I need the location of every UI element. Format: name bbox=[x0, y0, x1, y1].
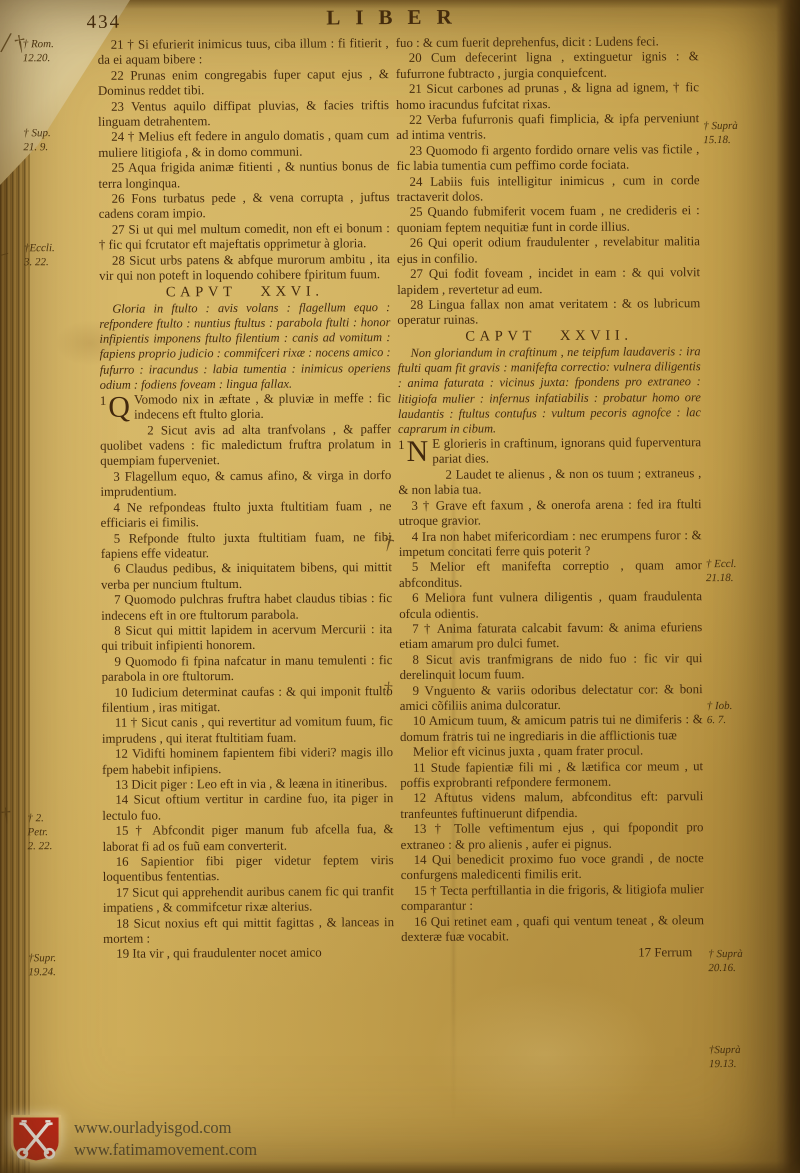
verse-paragraph: 17 Sicut qui apprehendit auribus canem f… bbox=[103, 884, 394, 917]
verse-paragraph: 26 Fons turbatus pede , & vena corrupta … bbox=[99, 190, 390, 223]
crossed-keys-shield-icon bbox=[8, 1113, 64, 1165]
catchword: 17 Ferrum bbox=[401, 946, 704, 963]
verse-paragraph: 25 Aqua frigida animæ fitienti , & nunti… bbox=[98, 159, 389, 192]
margin-note: †Eccli. 3. 22. bbox=[24, 242, 98, 270]
verse-paragraph: 1QVomodo nix in æftate , & pluviæ in mef… bbox=[100, 391, 391, 424]
verse-paragraph: 23 Ventus aquilo diffipat pluvias, & fac… bbox=[98, 98, 389, 131]
watermark-text: www.ourladyisgod.com www.fatimamovement.… bbox=[74, 1117, 257, 1161]
margin-note: † Suprà 15.18. bbox=[703, 120, 777, 148]
verse-paragraph: 15 † Abfcondit piger manum fub afcella f… bbox=[102, 822, 393, 855]
verse-paragraph: 8 Sicut qui mittit lapidem in acervum Me… bbox=[101, 622, 392, 655]
verse-paragraph: 27 Qui fodit foveam , incidet in eam : &… bbox=[397, 265, 700, 298]
verse-paragraph: 24 † Melius eft federe in angulo domatis… bbox=[98, 128, 389, 161]
verse-paragraph: 9 Vnguento & variis odoribus delectatur … bbox=[400, 682, 703, 715]
verse-paragraph: 24 Labiis fuis intelligitur inimicus , c… bbox=[396, 173, 699, 206]
verse-paragraph: 16 Qui retinet eam , quafi qui ventum te… bbox=[401, 913, 704, 946]
verse-paragraph: 28 Sicut urbs patens & abfque murorum am… bbox=[99, 252, 390, 285]
running-title: LIBER bbox=[56, 3, 736, 32]
verse-paragraph: 14 Qui benedicit proximo fuo voce grandi… bbox=[401, 851, 704, 884]
chapter-heading: CAPVT XXVI. bbox=[99, 284, 390, 301]
verse-paragraph: 27 Si ut qui mel multum comedit, non eft… bbox=[99, 221, 390, 254]
verse-paragraph: 16 Sapientior fibi piger videtur feptem … bbox=[103, 853, 394, 886]
verse-paragraph: 22 Prunas enim congregabis fuper caput e… bbox=[98, 67, 389, 100]
verse-paragraph: 6 Meliora funt vulnera diligentis , quam… bbox=[399, 589, 702, 622]
verse-paragraph: 10 Amicum tuum, & amicum patris tui ne d… bbox=[400, 713, 703, 746]
margin-note: † 2. Petr. 2. 22. bbox=[27, 812, 101, 854]
verse-paragraph: 4 Ne refpondeas ftulto juxta ftultitiam … bbox=[100, 499, 391, 532]
verse-paragraph: 5 Refponde ftulto juxta ftultitiam fuam,… bbox=[101, 530, 392, 563]
watermark-line1: www.ourladyisgod.com bbox=[74, 1117, 257, 1139]
verse-paragraph: 28 Lingua fallax non amat veritatem : & … bbox=[397, 296, 700, 329]
left-text-column: 21 † Si efurierit inimicus tuus, ciba il… bbox=[98, 36, 396, 1120]
margin-note: † Eccl. 21.18. bbox=[706, 558, 780, 586]
verse-paragraph: 11 † Sicut canis , qui revertitur ad vom… bbox=[102, 714, 393, 747]
drop-cap: 1N bbox=[398, 438, 428, 468]
watermark-line2: www.fatimamovement.com bbox=[74, 1139, 257, 1161]
watermark: www.ourladyisgod.com www.fatimamovement.… bbox=[8, 1113, 257, 1165]
page-content: 434 LIBER 21 † Si efurierit inimicus tuu… bbox=[0, 0, 800, 1173]
verse-paragraph: 14 Sicut oftium vertitur in cardine fuo,… bbox=[102, 791, 393, 824]
verse-paragraph: 5 Melior eft manifefta correptio , quam … bbox=[399, 558, 702, 591]
verse-paragraph: 12 Aftutus videns malum, abfconditus eft… bbox=[400, 790, 703, 823]
verse-paragraph: 2 Sicut avis ad alta tranfvolans , & paf… bbox=[100, 422, 391, 470]
margin-note: †Supr. 19.24. bbox=[28, 952, 102, 980]
verse-paragraph: 21 † Si efurierit inimicus tuus, ciba il… bbox=[98, 36, 389, 69]
book-page-scan: 434 LIBER 21 † Si efurierit inimicus tuu… bbox=[0, 0, 800, 1173]
margin-note: † Suprà 20.16. bbox=[708, 948, 782, 976]
verse-paragraph: 7 † Anima faturata calcabit favum: & ani… bbox=[399, 620, 702, 653]
verse-paragraph: 10 Iudicium determinat caufas : & qui im… bbox=[102, 684, 393, 717]
verse-paragraph: 22 Verba fufurronis quafi fimplicia, & i… bbox=[396, 111, 699, 144]
chapter-heading: CAPVT XXVII. bbox=[397, 328, 700, 345]
chapter-argument: Gloria in ftulto : avis volans : flagell… bbox=[99, 300, 391, 393]
verse-paragraph: 12 Vidifti hominem fapientem fibi videri… bbox=[102, 745, 393, 778]
handwritten-mark: † bbox=[0, 804, 12, 828]
verse-paragraph: 25 Quando fubmiferit vocem fuam , ne cre… bbox=[397, 204, 700, 237]
margin-note: † Sup. 21. 9. bbox=[23, 127, 97, 155]
verse-paragraph: 26 Qui operit odium fraudulenter , revel… bbox=[397, 234, 700, 267]
verse-paragraph: 9 Quomodo fi fpina nafcatur in manu temu… bbox=[101, 653, 392, 686]
chapter-argument: Non gloriandum in craftinum , ne teipfum… bbox=[398, 344, 702, 437]
verse-paragraph: 20 Cum defecerint ligna , extinguetur ig… bbox=[396, 50, 699, 83]
verse-paragraph: 7 Quomodo pulchras fruftra habet claudus… bbox=[101, 591, 392, 624]
verse-paragraph: 18 Sicut noxius eft qui mittit fagittas … bbox=[103, 915, 394, 948]
verse-paragraph: 15 † Tecta perftillantia in die frigoris… bbox=[401, 882, 704, 915]
verse-paragraph: Melior eft vicinus juxta , quam frater p… bbox=[400, 743, 703, 760]
handwritten-mark: ‒ bbox=[0, 242, 11, 267]
verse-paragraph: 3 † Grave eft faxum , & onerofa arena : … bbox=[398, 497, 701, 530]
drop-cap: 1Q bbox=[100, 393, 130, 423]
verse-paragraph: 1NE glorieris in craftinum, ignorans qui… bbox=[398, 435, 701, 468]
verse-paragraph: 8 Sicut avis tranfmigrans de nido fuo : … bbox=[399, 651, 702, 684]
verse-paragraph: 21 Sicut carbones ad prunas , & ligna ad… bbox=[396, 80, 699, 113]
margin-note: † Iob. 6. 7. bbox=[707, 700, 781, 728]
verse-paragraph: 2 Laudet te alienus , & non os tuum ; ex… bbox=[398, 466, 701, 499]
verse-paragraph: 13 † Tolle veftimentum ejus , qui fpopon… bbox=[400, 820, 703, 853]
margin-note: † Rom. 12.20. bbox=[23, 38, 97, 66]
verse-paragraph: 3 Flagellum equo, & camus afino, & virga… bbox=[100, 468, 391, 501]
right-text-column: fuo : & cum fuerit deprehenfus, dicit : … bbox=[396, 34, 706, 1136]
verse-paragraph: fuo : & cum fuerit deprehenfus, dicit : … bbox=[396, 34, 699, 51]
verse-paragraph: 11 Stude fapientiæ fili mi , & lætifica … bbox=[400, 759, 703, 792]
handwritten-mark: / bbox=[0, 26, 13, 61]
verse-paragraph: 4 Ira non habet mifericordiam : nec erum… bbox=[399, 528, 702, 561]
verse-paragraph: 13 Dicit piger : Leo eft in via , & leæn… bbox=[102, 776, 393, 793]
margin-note: †Suprà 19.13. bbox=[709, 1044, 783, 1072]
verse-paragraph: 6 Claudus pedibus, & iniquitatem bibens,… bbox=[101, 560, 392, 593]
verse-paragraph: 23 Quomodo fi argento fordido ornare vel… bbox=[396, 142, 699, 175]
verse-paragraph: 19 Ita vir , qui fraudulenter nocet amic… bbox=[103, 946, 394, 963]
